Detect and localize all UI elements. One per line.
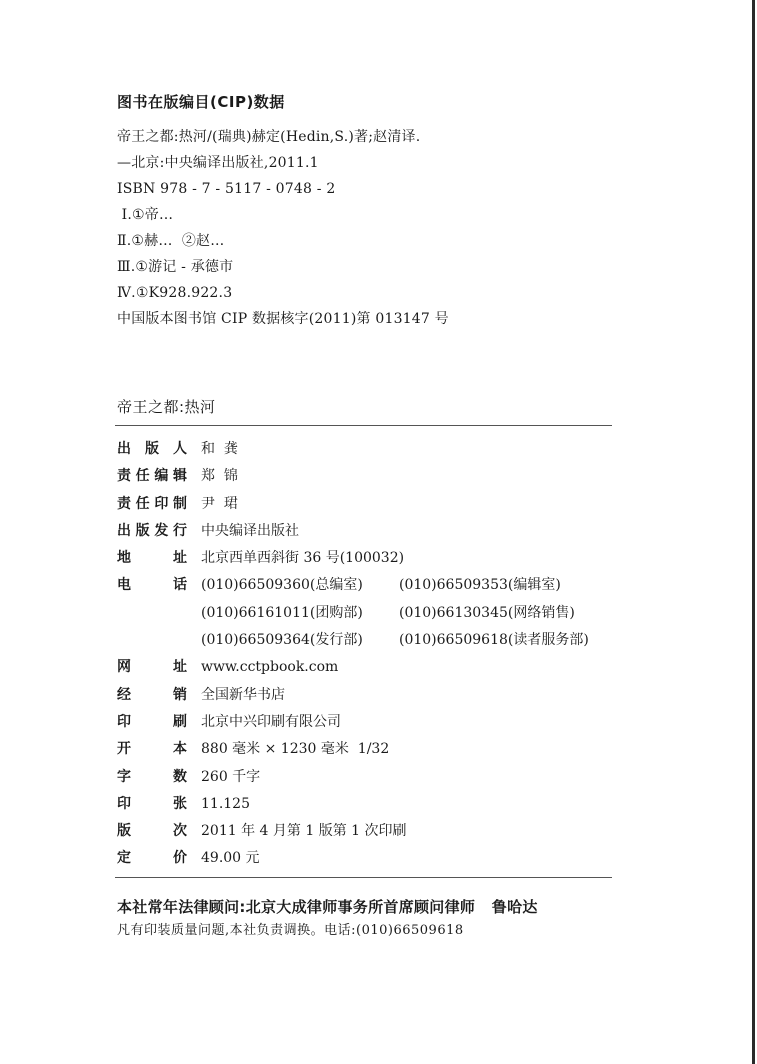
- value-distributor: 中央编译出版社: [201, 521, 299, 541]
- value-format: 880 毫米 × 1230 毫米 1/32: [201, 739, 389, 759]
- row-printer: 印 刷 北京中兴印刷有限公司: [117, 712, 617, 739]
- phone-list: (010)66509360(总编室) (010)66509353(编辑室) (0…: [201, 575, 589, 657]
- value-print-supervisor: 尹 珺: [201, 494, 238, 514]
- value-address: 北京西单西斜街 36 号(100032): [201, 548, 404, 568]
- quality-notice: 凡有印装质量问题,本社负责调换。电话:(010)66509618: [117, 921, 538, 941]
- phone-online-sales: (010)66130345(网络销售): [399, 603, 575, 630]
- cip-line-classification: Ⅳ.①K928.922.3: [117, 280, 617, 306]
- label-website: 网 址: [117, 657, 187, 677]
- row-print-supervisor: 责 任 印 制 尹 珺: [117, 494, 617, 521]
- cip-line-isbn: ISBN 978 - 7 - 5117 - 0748 - 2: [117, 176, 617, 202]
- divider-bottom: [115, 877, 612, 878]
- label-sheets: 印 张: [117, 794, 187, 814]
- row-phone: 电 话 (010)66509360(总编室) (010)66509353(编辑室…: [117, 575, 617, 657]
- row-distributor: 出 版 发 行 中央编译出版社: [117, 521, 617, 548]
- label-phone: 电 话: [117, 575, 187, 595]
- cip-line-record-number: 中国版本图书馆 CIP 数据核字(2011)第 013147 号: [117, 306, 617, 332]
- value-editor: 郑 锦: [201, 466, 238, 486]
- label-edition: 版 次: [117, 821, 187, 841]
- row-seller: 经 销 全国新华书店: [117, 685, 617, 712]
- cip-line-title-author: 帝王之都:热河/(瑞典)赫定(Hedin,S.)著;赵清译.: [117, 124, 617, 150]
- phone-reader-service: (010)66509618(读者服务部): [399, 630, 589, 657]
- row-address: 地 址 北京西单西斜街 36 号(100032): [117, 548, 617, 575]
- cip-line-subject-2: Ⅱ.①赫… ②赵…: [117, 228, 617, 254]
- label-print-supervisor: 责 任 印 制: [117, 494, 187, 514]
- phone-chief-editor: (010)66509360(总编室): [201, 575, 399, 602]
- cip-line-publisher: —北京:中央编译出版社,2011.1: [117, 150, 617, 176]
- row-format: 开 本 880 毫米 × 1230 毫米 1/32: [117, 739, 617, 766]
- row-price: 定 价 49.00 元: [117, 848, 617, 875]
- row-website: 网 址 www.cctpbook.com: [117, 657, 617, 684]
- legal-counsel-notice: 本社常年法律顾问:北京大成律师事务所首席顾问律师 鲁哈达: [117, 897, 538, 917]
- label-seller: 经 销: [117, 685, 187, 705]
- phone-editorial: (010)66509353(编辑室): [399, 575, 561, 602]
- cip-data-section: 图书在版编目(CIP)数据 帝王之都:热河/(瑞典)赫定(Hedin,S.)著;…: [117, 92, 617, 332]
- row-sheets: 印 张 11.125: [117, 794, 617, 821]
- label-printer: 印 刷: [117, 712, 187, 732]
- book-title: 帝王之都:热河: [117, 397, 216, 417]
- footer-notices: 本社常年法律顾问:北京大成律师事务所首席顾问律师 鲁哈达 凡有印装质量问题,本社…: [117, 897, 538, 941]
- value-sheets: 11.125: [201, 794, 250, 814]
- phone-distribution: (010)66509364(发行部): [201, 630, 399, 657]
- cip-line-subject-1: Ⅰ.①帝…: [117, 202, 617, 228]
- phone-row: (010)66161011(团购部) (010)66130345(网络销售): [201, 603, 589, 630]
- value-seller: 全国新华书店: [201, 685, 285, 705]
- value-website: www.cctpbook.com: [201, 657, 338, 677]
- colophon-table: 出 版 人 和 龚 责 任 编 辑 郑 锦 责 任 印 制 尹 珺 出 版 发 …: [117, 439, 617, 876]
- page-edge-border: [752, 0, 755, 1064]
- phone-row: (010)66509364(发行部) (010)66509618(读者服务部): [201, 630, 589, 657]
- label-publisher: 出 版 人: [117, 439, 187, 459]
- cip-title: 图书在版编目(CIP)数据: [117, 92, 617, 112]
- label-editor: 责 任 编 辑: [117, 466, 187, 486]
- label-address: 地 址: [117, 548, 187, 568]
- value-price: 49.00 元: [201, 848, 260, 868]
- divider-top: [115, 425, 612, 426]
- phone-group-purchase: (010)66161011(团购部): [201, 603, 399, 630]
- row-publisher: 出 版 人 和 龚: [117, 439, 617, 466]
- value-publisher: 和 龚: [201, 439, 238, 459]
- row-edition: 版 次 2011 年 4 月第 1 版第 1 次印刷: [117, 821, 617, 848]
- row-word-count: 字 数 260 千字: [117, 767, 617, 794]
- label-word-count: 字 数: [117, 767, 187, 787]
- value-printer: 北京中兴印刷有限公司: [201, 712, 341, 732]
- phone-row: (010)66509360(总编室) (010)66509353(编辑室): [201, 575, 589, 602]
- value-word-count: 260 千字: [201, 767, 260, 787]
- value-edition: 2011 年 4 月第 1 版第 1 次印刷: [201, 821, 407, 841]
- label-price: 定 价: [117, 848, 187, 868]
- label-format: 开 本: [117, 739, 187, 759]
- label-distributor: 出 版 发 行: [117, 521, 187, 541]
- row-editor: 责 任 编 辑 郑 锦: [117, 466, 617, 493]
- cip-line-subject-3: Ⅲ.①游记 - 承德市: [117, 254, 617, 280]
